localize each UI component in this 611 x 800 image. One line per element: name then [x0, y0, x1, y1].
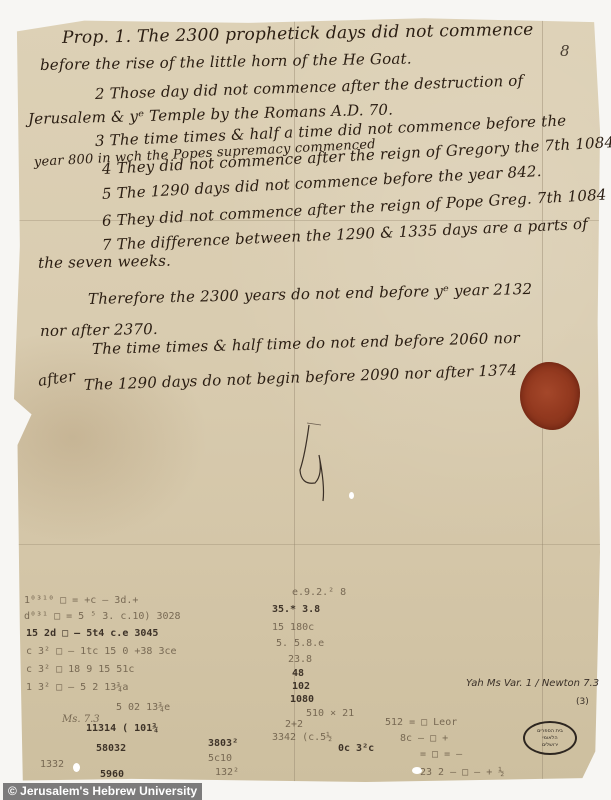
copyright-credit: © Jerusalem's Hebrew University	[3, 783, 202, 800]
paper-hole	[349, 492, 354, 499]
catalog-sub-mark: (3)	[576, 697, 589, 707]
calculation-line: 5c10	[208, 752, 232, 765]
calculation-line: 1332	[40, 758, 64, 771]
calculation-line: 102	[292, 680, 310, 693]
calculation-line: c 3² □ 18 9 15 51c	[26, 663, 134, 676]
margin-note: Ms. 7.3	[62, 713, 100, 726]
calculation-line: 23.8	[288, 653, 312, 666]
stamp-line: הלאומי	[542, 735, 557, 742]
page-number: 8	[560, 42, 570, 60]
calculation-line: c 3² □ — 1tc 15 0 +38 3ce	[26, 645, 177, 658]
conclusion-line: nor after 2370.	[40, 320, 158, 340]
calculation-line: 0c 3²c	[338, 742, 374, 755]
catalog-mark: Yah Ms Var. 1 / Newton 7.3	[466, 678, 599, 689]
calculation-line: 58032	[96, 742, 126, 755]
calculation-line: 132²	[215, 766, 239, 779]
calculation-line: 1⁰³¹⁰ □ = +c — 3d.+	[24, 594, 138, 607]
calculation-line: 23 2 — □ — + ½	[420, 766, 504, 779]
library-stamp: בית הספרים הלאומי ירושלים	[523, 721, 577, 755]
wax-seal	[520, 362, 580, 430]
calculation-line: 15 2d □ — 5t4 c.e 3045	[26, 627, 158, 640]
calculation-line: 15 180c	[272, 621, 314, 634]
fold-line	[14, 544, 600, 545]
proposition-line: the seven weeks.	[38, 252, 171, 272]
calculation-line: 510 × 21	[306, 707, 354, 720]
stamp-line: בית הספרים	[537, 728, 563, 735]
calculation-line: d⁰³¹ □ = 5 ⁵ 3. c.10) 3028	[24, 610, 181, 623]
calculation-line: 1 3² □ — 5 2 13¾a	[26, 681, 128, 694]
calculation-line: 35.* 3.8	[272, 603, 320, 616]
stamp-line: ירושלים	[542, 742, 558, 749]
calculation-line: 3803²	[208, 737, 238, 750]
calculation-line: 512 = □ Leor	[385, 716, 457, 729]
calculation-line: 3342 (c.5½	[272, 731, 332, 744]
pen-scribble	[295, 415, 335, 505]
calculation-line: 48	[292, 667, 304, 680]
calculation-line: 5960	[100, 768, 124, 781]
calculation-line: 5 02 13¾e	[116, 701, 170, 714]
calculation-line: 8c — □ +	[400, 732, 448, 745]
calculation-line: = □ = —	[420, 748, 462, 761]
paper-hole	[73, 763, 80, 772]
calculation-line: 2+2	[285, 718, 303, 731]
calculation-line: 5. 5.8.e	[276, 637, 324, 650]
calculation-line: e.9.2.² 8	[292, 586, 346, 599]
calculation-line: 1080	[290, 693, 314, 706]
